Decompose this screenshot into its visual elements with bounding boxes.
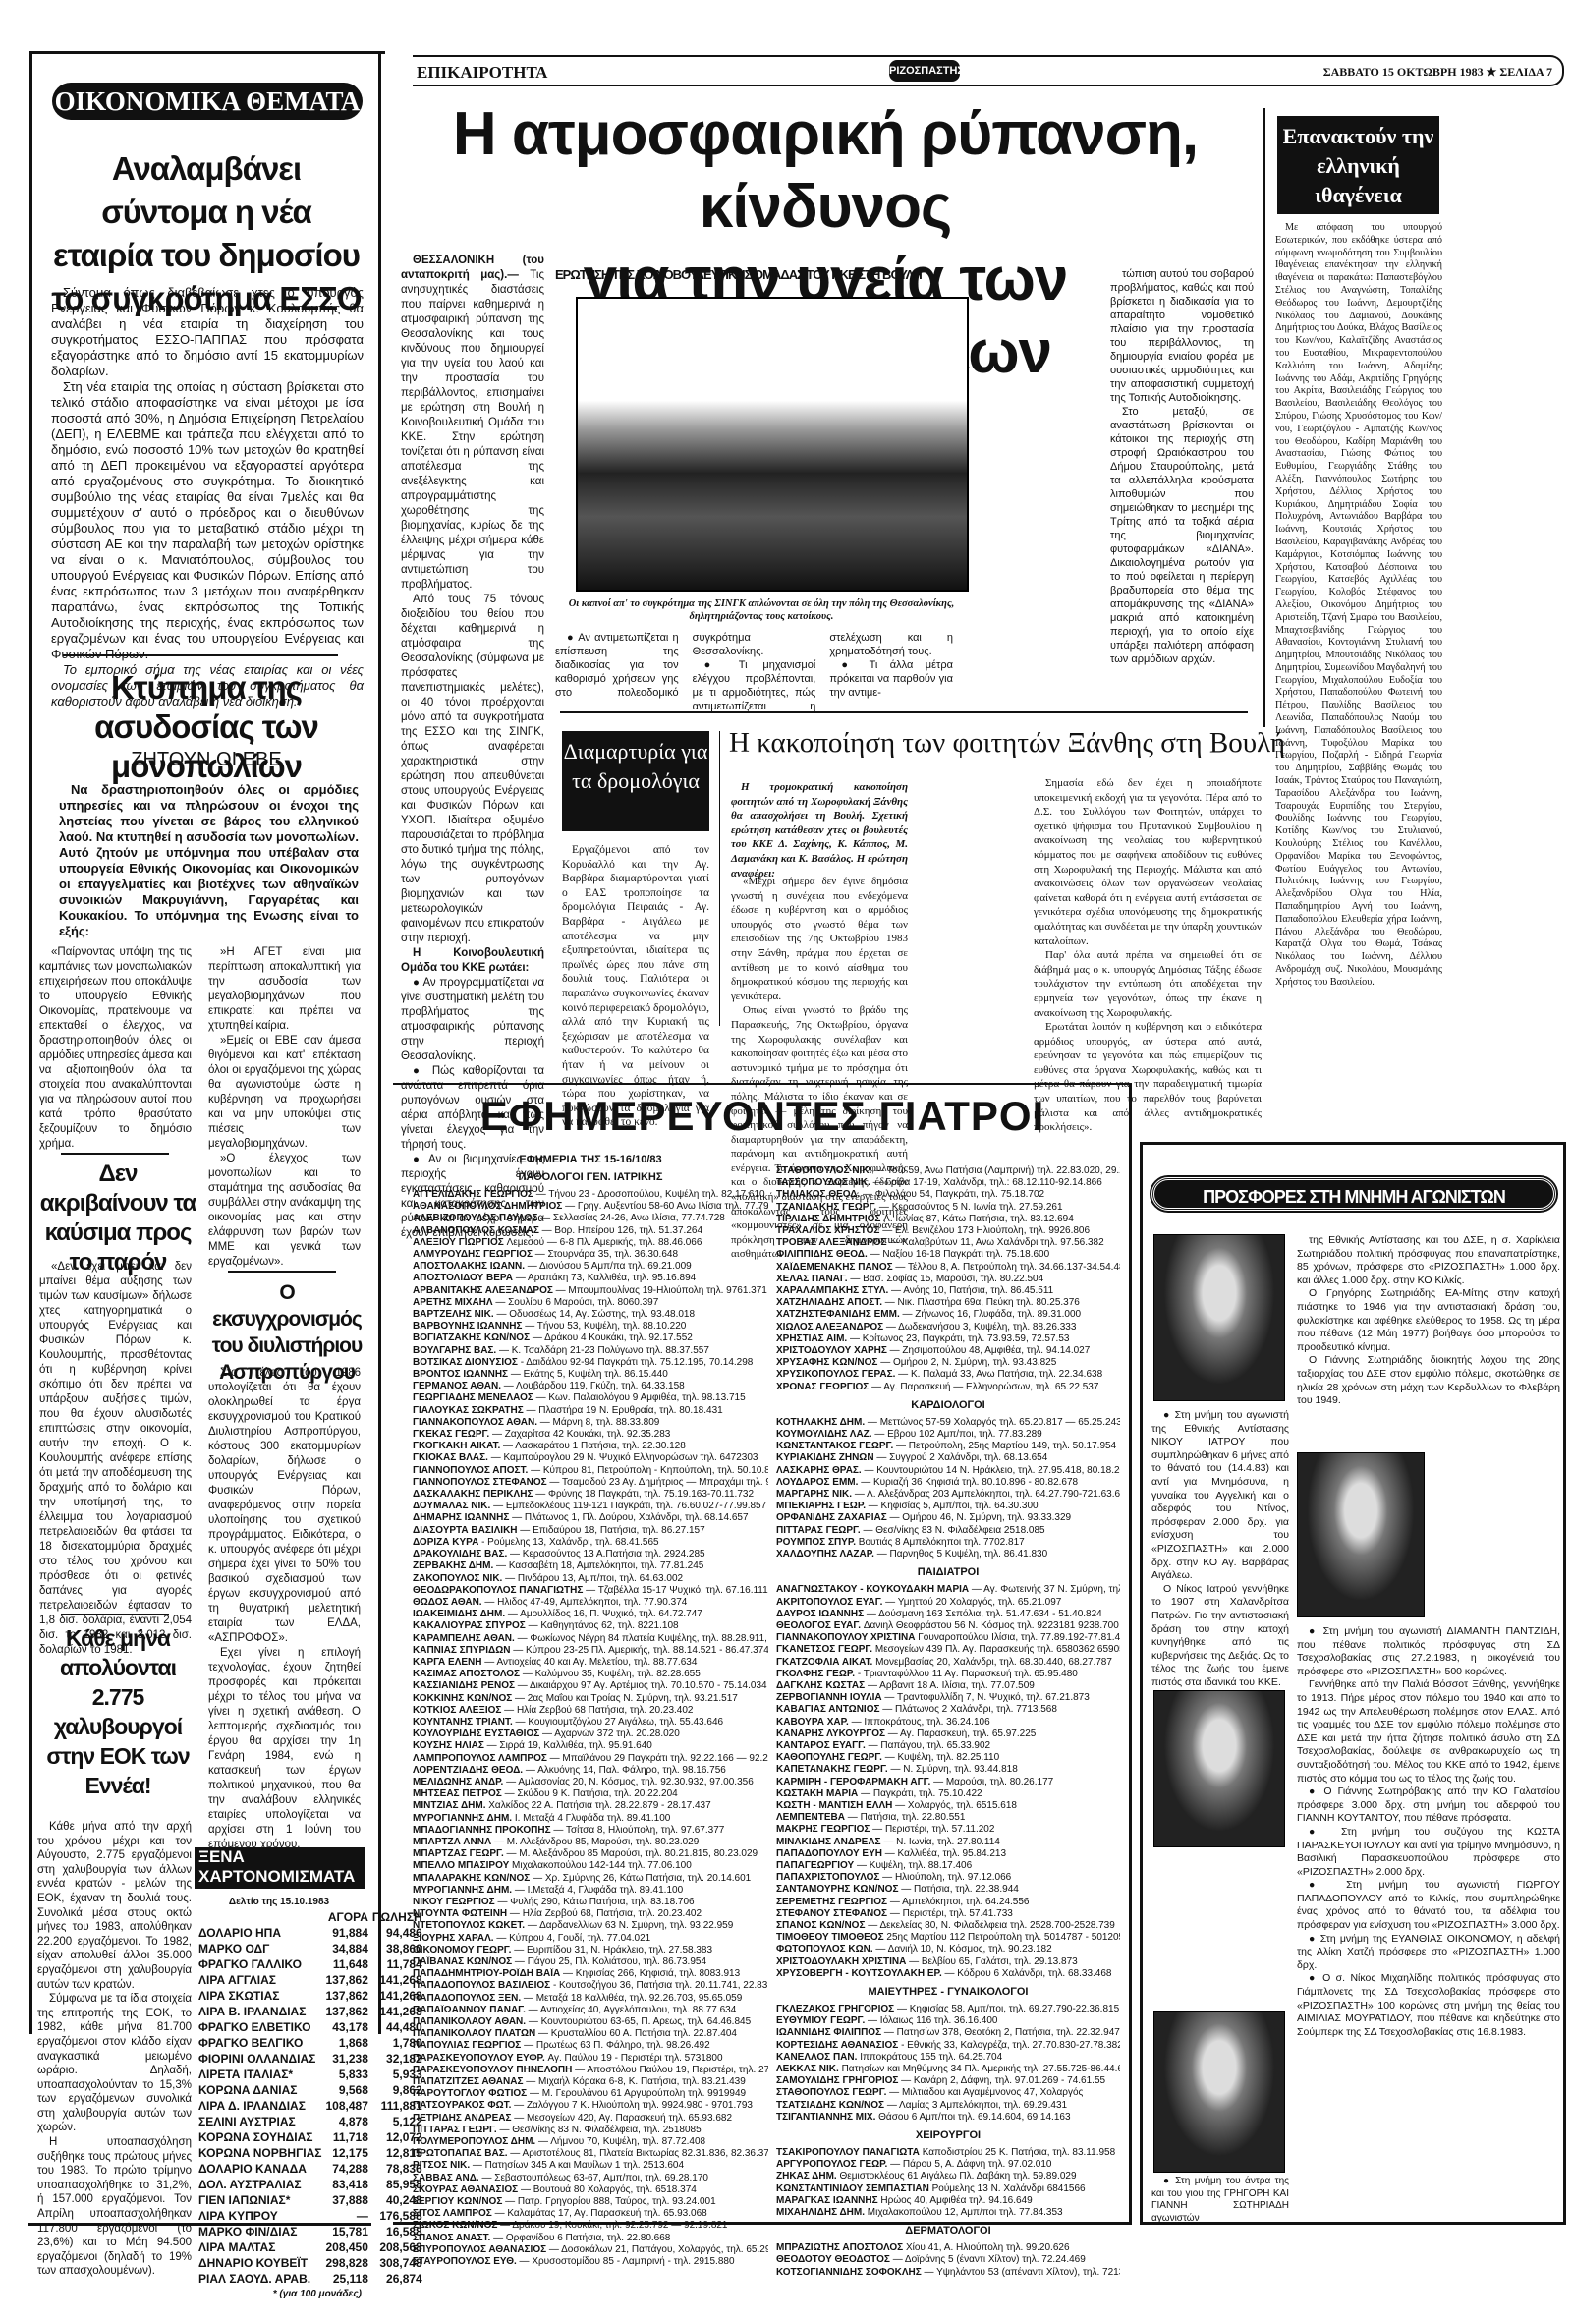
doctor-address: — Βασ. Σοφίας 15, Μαρούσι, τηλ. 80.22.50… xyxy=(850,1274,1043,1284)
doctor-address: — Δοσοκάλων 21, Παπάγου, Χολαργός, τηλ. … xyxy=(549,2244,768,2255)
doctor-address: — Αντιοχείας 40 και Αγ. Μελετίου, τηλ. 8… xyxy=(484,1657,697,1668)
doctor-name: ΠΕΤΡΙΔΗΣ ΑΝΔΡΕΑΣ xyxy=(413,2113,511,2124)
doctor-address: — Κρυσταλλίου 60 Α. Πατήσια τηλ. 22.87.4… xyxy=(538,2028,737,2039)
doctor-address: — Τέλλου 8, Α. Πετρούπολη τηλ. 34.66.137… xyxy=(895,1262,1120,1273)
doctor-address: - Δαιδάλου 92-94 Παγκράτι τηλ. 75.12.195… xyxy=(521,1357,754,1368)
doctor-entry: ΒΟΤΣΙΚΑΣ ΔΙΟΝΥΣΙΟΣ - Δαιδάλου 92-94 Παγκ… xyxy=(413,1357,768,1369)
fx-row: ΦΡΑΓΚΟ ΒΕΛΓΙΚΟ1,8681,780 xyxy=(196,2035,424,2051)
doctor-name: ΒΟΓΙΑΤΖΑΚΗΣ ΚΩΝ/ΝΟΣ xyxy=(413,1332,530,1343)
doctor-address: — Παγκράτι, τηλ. 75.10.422 xyxy=(861,1788,982,1799)
doctor-name: ΚΑΝΤΑΡΟΣ ΕΥΑΓΓ. xyxy=(776,1740,866,1751)
doctor-name: ΒΑΡΒΟΥΝΗΣ ΙΩΑΝΝΗΣ xyxy=(413,1321,522,1332)
doctor-name: ΔΑΓΚΛΗΣ ΚΩΣΤΑΣ xyxy=(776,1680,865,1691)
doctor-entry: ΔΡΑΚΟΥΛΙΔΗΣ ΒΑΣ. — Κερασούντος 13 Α.Πατή… xyxy=(413,1549,768,1560)
doctor-entry: ΑΡΕΤΗΣ ΜΙΧΑΗΛ — Σουλίου 6 Μαρούσι, τηλ. … xyxy=(413,1297,768,1309)
doctor-address: — Μιχαήλ Κόρακα 6-8, Κ. Πατήσια, τηλ. 83… xyxy=(526,2076,746,2087)
fx-buy: 12,175 xyxy=(324,2145,370,2161)
divider xyxy=(63,654,338,656)
doctor-entry: ΓΙΑΝΝΟΠΟΥΛΟΣ ΑΠΟΣΤ. — Κύπρου 81, Πετρούπ… xyxy=(413,1465,768,1477)
doctor-address: — Αποστόλου Παύλου 19, Περιστέρι, τηλ. 2… xyxy=(575,2065,768,2075)
doctor-entry: ΠΑΡΟΥΤΟΓΛΟΥ ΦΩΤΙΟΣ — Μ. Γερουλάνου 61 Αρ… xyxy=(413,2088,768,2100)
memorial-caption-sotiriadis: ● Στη μνήμη του άντρα της και του γιου τ… xyxy=(1151,2176,1289,2225)
doctor-name: ΧΡΥΣΟΒΕΡΓΗ - ΚΟΥΤΣΟΥΛΑΚΗ ΕΡ. xyxy=(776,1968,942,1979)
monopolies-col2-p3: »Ο έλεγχος των μονοπωλίων και το σταμάτη… xyxy=(208,1152,361,1270)
doctor-entry: ΣΙΤΟΣ ΛΑΜΠΡΟΣ — Καλαμάτας 17, Αγ. Παρασκ… xyxy=(413,2208,768,2220)
doctor-entry: ΚΩΣΤΑΚΗ ΜΑΡΙΑ — Παγκράτι, τηλ. 75.10.422 xyxy=(776,1788,1120,1800)
doctor-name: ΜΠΑΡΤΖΑΣ ΓΕΩΡΓ. xyxy=(413,1848,504,1859)
doctor-name: ΔΑΥΡΟΣ ΙΩΑΝΝΗΣ xyxy=(776,1609,864,1619)
economy-banner: ΟΙΚΟΝΟΜΙΚΑ ΘΕΜΑΤΑ xyxy=(52,83,363,120)
doctor-entry: ΑΡΒΑΝΙΤΑΚΗΣ ΑΛΕΞΑΝΔΡΟΣ — Μπουμπουλίνας 1… xyxy=(413,1285,768,1297)
doctor-entry: ΓΙΑΛΟΥΚΑΣ ΣΩΚΡΑΤΗΣ — Πλαστήρα 19 Ν. Ερυθ… xyxy=(413,1405,768,1417)
doctor-name: ΑΝΑΓΝΩΣΤΑΚΟΥ - ΚΟΥΚΟΥΔΑΚΗ ΜΑΡΙΑ xyxy=(776,1584,969,1595)
doctor-name: ΑΡΓΥΡΟΠΟΥΛΟΣ ΓΕΩΡ. xyxy=(776,2159,887,2170)
doctor-address: — Πρωτέως 63 Π. Φάληρο, τηλ. 98.26.492 xyxy=(524,2040,710,2051)
pollution-lead: ΘΕΣΣΑΛΟΝΙΚΗ (του ανταποκριτή μας).— Τις … xyxy=(401,254,544,593)
doctor-address: — Δωδεκανήσου 3, Κυψέλη, τηλ. 88.26.333 xyxy=(886,1322,1076,1332)
doctor-entry: ΔΑΣΚΑΛΑΚΗΣ ΠΕΡΙΚΛΗΣ — Φρύνης 18 Παγκράτι… xyxy=(413,1489,768,1501)
xanthi-headline: Η κακοποίηση των φοιτητών Ξάνθης στη Βου… xyxy=(729,727,1260,760)
doctor-name: ΛΑΣΚΑΡΗΣ ΘΡΑΣ. xyxy=(776,1465,862,1476)
doctor-address: — Πατησίων 378, Θεοτόκη 2, Πατήσια, τηλ.… xyxy=(884,2027,1120,2038)
fx-row: ΔΗΝΑΡΙΟ ΚΟΥΒΕΪΤ298,828308,748 xyxy=(196,2255,424,2271)
doctor-entry: ΖΕΡΒΟΓΙΑΝΝΗ ΙΟΥΛΙΑ — Τραντοφυλλίδη 7, Ν.… xyxy=(776,1692,1120,1704)
doctor-address: — Μεττώνος 57-59 Χολαργός τηλ. 65.20.817… xyxy=(868,1417,1120,1428)
doctor-address: Μιχαλακοπούλου 12, Αμπ/ποι τηλ. 77.84.35… xyxy=(868,2207,1063,2218)
doctor-address: Λ. Ιωνίας 87, Κάτω Πατήσια, τηλ. 83.12.6… xyxy=(883,1214,1074,1224)
doctor-entry: ΠΙΤΤΑΡΑΣ ΓΕΩΡΓ. — Θεσ/νίκης 83 Ν. Φιλαδέ… xyxy=(776,1525,1120,1537)
doctor-name: ΤΡΑΧΑΛΙΟΣ ΧΡΗΣΤΟΣ xyxy=(776,1225,879,1236)
doctor-name: ΧΡΙΣΤΟΔΟΥΛΟΥ ΧΑΡΗΣ xyxy=(776,1345,887,1356)
doctor-address: - Ρούμελης 13, Χαλάνδρι, τηλ. 68.41.565 xyxy=(481,1537,659,1548)
doctor-entry: ΔΙΑΣΟΥΡΤΑ ΒΑΣΙΛΙΚΗ — Επιδαύρου 18, Πατήσ… xyxy=(413,1525,768,1537)
doctor-address: — Αριστοτέλους 81, Πλατεία Βικτωρίας 82.… xyxy=(510,2148,768,2159)
pollution-under-photo: ● Αν αντιμετωπίζεται η επίσπευση της δια… xyxy=(555,631,953,713)
doctor-entry: ΔΟΡΙΖΑ ΚΥΡΑ - Ρούμελης 13, Χαλάνδρι, τηλ… xyxy=(413,1537,768,1549)
fx-currency: ΣΕΛΙΝΙ ΑΥΣΤΡΙΑΣ xyxy=(196,2114,324,2129)
fx-buy: 137,862 xyxy=(324,1972,370,1988)
specialty-heading: ΔΕΡΜΑΤΟΛΟΓΟΙ xyxy=(776,2225,1120,2237)
esso-p2: Στη νέα εταιρία της οποίας η σύσταση βρί… xyxy=(51,379,364,662)
doctor-address: Ηρώος 40, Αμφιθέα τηλ. 94.16.649 xyxy=(880,2195,1032,2206)
memorial-banner: ΠΡΟΣΦΟΡΕΣ ΣΤΗ ΜΝΗΜΗ ΑΓΩΝΙΣΤΩΝ xyxy=(1151,1177,1556,1211)
doctor-address: — Υψηλάντου 53 (απέναντι Χίλτον), τηλ. 7… xyxy=(925,2267,1120,2278)
doctor-name: ΜΠΑΡΤΖΑ ΑΝΝΑ xyxy=(413,1837,491,1847)
doctor-entry: ΓΚΟΓΚΑΚΗ ΑΙΚΑΤ. — Λασκαράτου 1 Πατήσια, … xyxy=(413,1441,768,1452)
doctor-name: ΔΟΡΙΖΑ ΚΥΡΑ xyxy=(413,1537,478,1548)
doctor-address: — Αμουλλίδος 16, Π. Ψυχικό, τηλ. 64.72.7… xyxy=(508,1609,702,1619)
doctor-address: — Κασσαβέτη 18, Αμπελόκηποι, τηλ. 77.81.… xyxy=(496,1560,703,1571)
doctor-name: ΠΑΠΑΔΟΠΟΥΛΟΥ ΕΥΗ xyxy=(776,1848,882,1859)
doctor-name: ΚΟΥΜΟΥΛΙΔΗΣ ΛΑΖ. xyxy=(776,1429,872,1440)
doctor-entry: ΒΑΡΤΖΕΛΗΣ ΝΙΚ. — Οδυσσέως 14, Αγ. Σώστης… xyxy=(413,1309,768,1321)
fx-buy: 25,118 xyxy=(324,2271,370,2287)
doctor-name: ΑΛΕΒΙΖΟΠΟΥΛΟΣ ΠΑΥΛΟΣ xyxy=(413,1213,537,1223)
doctor-address: — Κ. Παλαμά 33, Ανω Πατήσια, τηλ. 22.34.… xyxy=(898,1369,1102,1380)
monopolies-col2-p2: »Εμείς οι ΕΒΕ σαν άμεσα θιγόμενοι και κα… xyxy=(208,1034,361,1152)
doctor-address: — Αμπελόκηποι, τηλ. 64.24.556 xyxy=(890,1897,1030,1907)
doctor-entry: ΤΗΛΙΑΚΟΣ ΘΕΟΔ. — Φιλολάου 54, Παγκράτι, … xyxy=(776,1189,1120,1201)
doctor-address: Μεσογείων 439 Πλ. Αγ. Παρασκευής τηλ. 65… xyxy=(875,1644,1120,1655)
fx-currency: ΔΟΛΑΡΙΟ ΗΠΑ xyxy=(196,1925,324,1941)
doctor-entry: ΣΕΡΓΙΟΥ ΚΩΝ/ΝΟΣ — Πατρ. Γρηγορίου 888, Τ… xyxy=(413,2196,768,2208)
fx-buy: 83,418 xyxy=(324,2177,370,2192)
doctor-address: — Κουντουριώτου 63-65, Π. Αρεως, τηλ. 64… xyxy=(529,2016,751,2027)
fx-buy: 137,862 xyxy=(324,2004,370,2019)
doctor-entry: ΙΩΑΝΝΙΔΗΣ ΦΙΛΙΠΠΟΣ — Πατησίων 378, Θεοτό… xyxy=(776,2027,1120,2039)
doctor-address: - Τριανταφύλλου 11 Αγ. Παρασκευή τηλ. 65… xyxy=(858,1669,1078,1679)
doctor-address: — Κερασούντος 13 Α.Πατήσια τηλ. 2924.285 xyxy=(510,1549,705,1559)
doctor-entry: ΠΡΩΤΟΠΑΠΑΣ ΒΑΣ. — Αριστοτέλους 81, Πλατε… xyxy=(413,2148,768,2160)
doctor-address: Πατησίων και Μηθύμνης 34 Πλ. Αμερικής τη… xyxy=(842,2064,1120,2074)
doctor-entry: ΡΙΤΣΟΣ ΝΙΚ. — Πατησίων 345 Α και Μαυίλων… xyxy=(413,2160,768,2172)
memorial-item5: ● Στη μνήμη του συζύγου της ΚΩΣΤΑ ΠΑΡΑΣΚ… xyxy=(1297,1826,1560,1879)
doctor-address: — Συγγρού 2 Χαλάνδρι, τηλ. 68.13.654 xyxy=(876,1452,1047,1463)
doctor-address: — Κυριαζή 36 Κηφισιά τηλ. 80.10.896 - 80… xyxy=(861,1477,1078,1488)
fx-row: ΚΟΡΩΝΑ ΣΟΥΗΔΙΑΣ11,71812,072 xyxy=(196,2129,424,2145)
doctor-name: ΜΙΧΑΗΛΙΔΗΣ ΔΗΜ. xyxy=(776,2207,865,2218)
doctor-entry: ΚΟΥΣΗΣ ΗΛΙΑΣ — Σιρρά 19, Καλλιθέα, τηλ. … xyxy=(413,1740,768,1752)
doctor-address: — Δράκου 19, Κουκάκι, τηλ. 92.25.792 — 9… xyxy=(500,2220,727,2231)
doctor-entry: ΚΟΥΛΟΥΡΙΔΗΣ ΕΥΣΤΑΘΙΟΣ — Αχαρνών 372 τηλ.… xyxy=(413,1729,768,1740)
doctor-name: ΠΑΡΑΣΚΕΥΟΠΟΥΛΟΥ ΠΗΝΕΛΟΠΗ xyxy=(413,2065,572,2075)
fx-table: Δελτίο της 15.10.1983 ΑΓΟΡΑ ΠΩΛΗΣΗ ΔΟΛΑΡ… xyxy=(196,1897,362,2299)
doctor-name: ΚΟΥΛΟΥΡΙΔΗΣ ΕΥΣΤΑΘΙΟΣ xyxy=(413,1729,539,1739)
fx-buy: 5,833 xyxy=(324,2067,370,2082)
doctor-address: - Κουτσοζήγου 36, Πατήσια τηλ. 20.11.741… xyxy=(553,1980,768,1991)
doctor-address: — Ναξίου 16-18 Παγκράτι τηλ. 75.18.600 xyxy=(870,1249,1050,1260)
doctor-name: ΠΙΤΤΑΡΑΣ ΓΕΩΡΓ. xyxy=(413,2125,497,2135)
doctor-address: Ιπποκράτους 155 τηλ. 64.25.704 xyxy=(860,2052,1002,2063)
memorial-item7: ● Στη μνήμη της ΕΥΑΝΘΙΑΣ ΟΙΚΟΝΟΜΟΥ, η αδ… xyxy=(1297,1933,1560,1973)
doctor-entry: ΑΡΓΥΡΟΠΟΥΛΟΣ ΓΕΩΡ. — Πάρου 5, Α. Δάφνη τ… xyxy=(776,2159,1120,2171)
doctor-address: — Χολαργός, τηλ. 6515.618 xyxy=(895,1800,1017,1811)
doctor-entry: ΑΚΡΙΤΟΠΟΥΛΟΣ ΕΥΑΓ. — Υμηττού 20 Χολαργός… xyxy=(776,1597,1120,1609)
doctor-name: ΚΩΣΤΑΚΗ ΜΑΡΙΑ xyxy=(776,1788,858,1799)
doctor-entry: ΠΑΡΑΣΚΕΥΟΠΟΥΛΟΥ ΠΗΝΕΛΟΠΗ — Αποστόλου Παύ… xyxy=(413,2065,768,2076)
fx-currency: ΛΙΡΑ ΜΑΛΤΑΣ xyxy=(196,2239,324,2255)
doctor-address: — Καλαβρύτων 11, Ανω Χαλάνδρι τηλ. 97.56… xyxy=(889,1237,1103,1248)
specialty-heading: ΧΕΙΡΟΥΡΓΟΙ xyxy=(776,2129,1120,2141)
doctor-address: — Εμπεδοκλέους 119-121 Παγκράτι, τηλ. 76… xyxy=(493,1501,766,1511)
doctor-address: Ι. Μεταξά 4 Γλυφάδα τηλ. 89.41.100 xyxy=(515,1813,671,1824)
doctor-entry: ΚΩΣΤΗ - ΜΑΝΤΙΣΗ ΕΛΛΗ — Χολαργός, τηλ. 65… xyxy=(776,1800,1120,1812)
doctor-name: ΣΠΑΝΟΣ ΚΩΝ/ΝΟΣ xyxy=(776,1920,865,1931)
doctor-entry: ΠΑΠΑΪΩΑΝΝΟΥ ΠΑΝΑΓ. — Αντιοχείας 40, Αγγε… xyxy=(413,2005,768,2016)
doctor-entry: ΠΑΠΑΔΟΠΟΥΛΟΣ ΞΕΝ. — Μεταξά 18 Καλλιθέα, … xyxy=(413,1993,768,2005)
doctor-entry: ΠΑΠΑΧΡΙΣΤΟΠΟΥΛΟΣ — Ηλιούπολη, τηλ. 97.12… xyxy=(776,1872,1120,1884)
doctor-address: — Μπουμπουλίνας 19-Ηλιούπολη τηλ. 9761.3… xyxy=(556,1285,767,1296)
memorial-col2: της Εθνικής Αντίστασης και του ΔΣΕ, η σ.… xyxy=(1297,1234,1560,1408)
doctor-name: ΤΙΜΟΘΕΟΥ ΤΙΜΟΘΕΟΣ xyxy=(776,1932,884,1943)
doctor-address: — Ομήρου 2, Ν. Σμύρνη, τηλ. 93.43.825 xyxy=(880,1357,1056,1368)
xanthi-c2-p2: Παρ' όλα αυτά πρέπει να σημειωθεί ότι σε… xyxy=(1034,948,1262,1020)
doctor-name: ΑΡΒΑΝΙΤΑΚΗΣ ΑΛΕΞΑΝΔΡΟΣ xyxy=(413,1285,553,1296)
doctor-entry: ΝΤΟΥΝΤΑ ΦΩΤΕΙΝΗ — Ηλία Ζερβού 68, Πατήσι… xyxy=(413,1908,768,1920)
doctor-address: — Λουβάρδου 119, Γκύζη, τηλ. 64.33.158 xyxy=(504,1381,685,1391)
doctor-entry: ΣΑΒΒΑΣ ΑΝΔ. — Σεβαστουπόλεως 63-67, Αμπ/… xyxy=(413,2173,768,2184)
doctor-name: ΑΠΟΣΤΟΛΑΚΗΣ ΙΩΑΝΝ. xyxy=(413,1261,525,1272)
doctor-entry: ΚΑΣΣΙΑΝΙΔΗΣ ΡΕΝΟΣ — Δικαιάρχου 97 Αγ. Αρ… xyxy=(413,1680,768,1692)
doctor-entry: ΛΟΡΕΝΤΖΙΑΔΗΣ ΘΕΟΔ. — Αλκυόνης 14, Παλ. Φ… xyxy=(413,1765,768,1777)
doctor-name: ΧΙΩΛΟΣ ΑΛΕΞΑΝΔΡΟΣ xyxy=(776,1322,883,1332)
doctor-address: — Σκύδου 9 Κ. Πατήσια, τηλ. 20.22.204 xyxy=(505,1788,678,1799)
doctor-address: — Δαρδανελλίων 63 Ν. Σμύρνη, τηλ. 93.22.… xyxy=(528,1920,733,1931)
doctor-address: — Ανόης 10, Πατήσια, τηλ. 86.45.511 xyxy=(891,1285,1053,1296)
doctor-entry: ΜΠΑΡΤΖΑΣ ΓΕΩΡΓ. — Μ. Αλεξάνδρου 85 Μαρού… xyxy=(413,1848,768,1860)
doctor-name: ΚΑΠΝΙΑΣ ΣΠΥΡΙΔΩΝ xyxy=(413,1645,510,1656)
doctor-name: ΖΕΡΒΑΚΗΣ ΔΗΜ. xyxy=(413,1560,493,1571)
doctor-name: ΜΙΝΑΚΙΔΗΣ ΑΝΔΡΕΑΣ xyxy=(776,1837,881,1847)
doctor-entry: ΓΕΡΜΑΝΟΣ ΑΘΑΝ. — Λουβάρδου 119, Γκύζη, τ… xyxy=(413,1381,768,1392)
doctor-address: — Ζαχαρίτσα 42 Κουκάκι, τηλ. 92.35.283 xyxy=(492,1429,670,1440)
doctor-entry: ΚΟΥΝΤΑΝΗΣ ΤΡΙΑΝΤ. — Κουγιουμτζόγλου 27 Α… xyxy=(413,1717,768,1729)
fx-row: ΦΡΑΓΚΟ ΕΛΒΕΤΙΚΟ43,17844,480 xyxy=(196,2019,424,2035)
doctor-entry: ΜΠΑΡΤΖΑ ΑΝΝΑ — Μ. Αλεξάνδρου 85, Μαρούσι… xyxy=(413,1837,768,1848)
specialty-heading: ΚΑΡΔΙΟΛΟΓΟΙ xyxy=(776,1399,1120,1411)
fx-banner: ΞΕΝΑ ΧΑΡΤΟΝΟΜΙΣΜΑΤΑ xyxy=(195,1847,365,1889)
doctor-address: — Φωκίωνος Νέγρη 84 πλατεία Κυψέλης, τηλ… xyxy=(518,1633,768,1644)
doctor-entry: ΤΣΙΓΑΝΤΙΑΝΝΗΣ ΜΙΧ. Θάσου 6 Αμπ/ποι τηλ. … xyxy=(776,2112,1120,2124)
doctor-name: ΣΠΥΡΟΠΟΥΛΟΣ ΑΘΑΝΑΣΙΟΣ xyxy=(413,2244,546,2255)
pollution-p3: Η Κοινοβουλευτική Ομάδα του ΚΚΕ ρωτάει: xyxy=(401,946,544,976)
doctor-entry: ΧΙΩΛΟΣ ΑΛΕΞΑΝΔΡΟΣ — Δωδεκανήσου 3, Κυψέλ… xyxy=(776,1322,1120,1333)
doctor-entry: ΜΥΡΟΓΙΑΝΝΗΣ ΔΗΜ. Ι. Μεταξά 4 Γλυφάδα τηλ… xyxy=(413,1813,768,1825)
doctor-entry: ΝΤΕΤΟΠΟΥΛΟΣ ΚΩΚΕΤ. — Δαρδανελλίων 63 Ν. … xyxy=(413,1920,768,1932)
doctor-entry: ΚΑΝΕΛΛΟΣ ΠΑΝ. Ιπποκράτους 155 τηλ. 64.25… xyxy=(776,2052,1120,2064)
doctor-entry: ΠΑΡΑΣΚΕΥΟΠΟΥΛΟΥ ΕΥΦΡ. Αγ. Παύλου 19 - Πε… xyxy=(413,2053,768,2065)
fx-currency: ΛΙΡΑ Β. ΙΡΛΑΝΔΙΑΣ xyxy=(196,2004,324,2019)
fx-row: ΣΕΛΙΝΙ ΑΥΣΤΡΙΑΣ4,8785,122 xyxy=(196,2114,424,2129)
duty-date: ΕΦΗΜΕΡΙΑ ΤΗΣ 15-16/10/83 xyxy=(413,1154,768,1165)
doctor-address: — Κυψέλη, τηλ. 82.25.110 xyxy=(885,1752,999,1763)
doctor-entry: ΖΕΡΒΑΚΗΣ ΔΗΜ. — Κασσαβέτη 18, Αμπελόκηπο… xyxy=(413,1560,768,1572)
doctor-address: — Καθηγητάνος 62, τηλ. 8221.108 xyxy=(529,1620,679,1631)
doctor-address: — Σελλασίας 24-26, Ανω Ιλίσια, 77.74.728 xyxy=(540,1213,725,1223)
doctor-address: — Αλκυόνης 14, Παλ. Φάληρο, τηλ. 98.16.7… xyxy=(526,1765,726,1776)
fx-row: ΔΟΛ. ΑΥΣΤΡΑΛΙΑΣ83,41885,958 xyxy=(196,2177,424,2192)
doctor-entry: ΣΠΥΡΟΠΟΥΛΟΣ ΑΘΑΝΑΣΙΟΣ — Δοσοκάλων 21, Πα… xyxy=(413,2244,768,2256)
doctor-entry: ΑΓΓΕΛΙΔΑΚΗΣ ΓΕΩΡΓΙΟΣ — Τήνου 23 - Δροσοπ… xyxy=(413,1189,768,1201)
doctor-address: — Ν. Ιωνία, τηλ. 27.80.114 xyxy=(883,1837,1000,1847)
doctor-name: ΓΙΑΝΝΟΠΟΥΛΟΣ ΑΠΟΣΤ. xyxy=(413,1465,528,1476)
doctor-name: ΠΑΠΑΧΡΙΣΤΟΠΟΥΛΟΣ xyxy=(776,1872,879,1883)
economy-top-border xyxy=(29,51,385,54)
doctor-address: — Σουλίου 6 Μαρούσι, τηλ. 8060.397 xyxy=(495,1297,658,1308)
doctor-address: — Αγ. Παρασκευή — Ελληνορώσων, τηλ. 65.2… xyxy=(871,1382,1098,1392)
doctor-entry: ΣΤΕΦΑΝΟΥ ΣΤΕΦΑΝΟΣ — Περιστέρι, τηλ. 57.4… xyxy=(776,1908,1120,1920)
doctor-name: ΚΟΡΤΕΣΙΔΗΣ ΑΘΑΝΑΣΙΟΣ xyxy=(776,2040,898,2051)
doctor-name: ΜΠΡΑΖΙΩΤΗΣ ΑΠΟΣΤΟΛΟΣ xyxy=(776,2242,903,2253)
doctor-entry: ΠΑΠΑΔΟΠΟΥΛΟΣ ΒΑΣΙΛΕΙΟΣ - Κουτσοζήγου 36,… xyxy=(413,1980,768,1992)
fx-currency: ΡΙΑΛ ΣΑΟΥΔ. ΑΡΑΒ. xyxy=(196,2271,324,2287)
doctor-entry: ΔΗΜΑΡΗΣ ΙΩΑΝΝΗΣ — Πλάτωνος 1, Πλ. Δούρου… xyxy=(413,1512,768,1524)
doctor-address: — Δοϊράνης 5 (έναντι Χίλτον) τηλ. 72.24.… xyxy=(893,2254,1086,2265)
doctor-entry: ΚΑΡΜΙΡΗ - ΓΕΡΟΦΑΡΜΑΚΗ ΑΓΓ. — Μαρούσι, τη… xyxy=(776,1777,1120,1788)
doctor-address: — Βελβίου 65, Γαλάτσι, τηλ. 29.13.873 xyxy=(909,1956,1078,1967)
doctor-name: ΚΩΝΣΤΑΝΤΙΝΙΔΟΥ ΣΕΜΠΑΣΤΙΑΝ xyxy=(776,2183,929,2194)
specialty-heading: ΠΑΘΟΛΟΓΟΙ ΓΕΝ. ΙΑΤΡΙΚΗΣ xyxy=(413,1171,768,1183)
doctor-address: — Ορφανίδου 6 Πατήσια, τηλ. 22.80.668 xyxy=(493,2233,670,2243)
fx-buy: 15,781 xyxy=(324,2224,370,2239)
doctor-entry: ΓΚΕΚΑΣ ΓΕΩΡΓ. — Ζαχαρίτσα 42 Κουκάκι, τη… xyxy=(413,1429,768,1441)
doctor-name: ΑΚΡΙΤΟΠΟΥΛΟΣ ΕΥΑΓ. xyxy=(776,1597,882,1608)
doctor-address: — Γρηγ. Αυξεντίου 58-60 Ανω Ιλίσια τηλ. … xyxy=(565,1201,768,1212)
doctor-entry: ΘΕΟΛΟΓΟΣ ΕΥΑΓ. Δανιηλ Θεοφράστου 56 Ν. Κ… xyxy=(776,1620,1120,1632)
doctor-name: ΓΕΩΡΓΙΑΔΗΣ ΜΕΝΕΛΑΟΣ xyxy=(413,1392,533,1403)
doctor-name: ΜΗΤΣΕΑΣ ΠΕΤΡΟΣ xyxy=(413,1788,502,1799)
fx-rates-table: ΑΓΟΡΑ ΠΩΛΗΣΗ ΔΟΛΑΡΙΟ ΗΠΑ91,88494,486ΜΑΡΚ… xyxy=(196,1909,424,2287)
doctor-entry: ΠΑΪΒΑΝΑΣ ΚΩΝ/ΝΟΣ — Πάγου 25, Πλ. Κολιάτσ… xyxy=(413,1956,768,1968)
doctor-name: ΣΤΕΦΑΝΟΥ ΣΤΕΦΑΝΟΣ xyxy=(776,1908,887,1919)
doctor-address: — Μ. Γερουλάνου 61 Αργυρούπολη τηλ. 9919… xyxy=(530,2088,746,2099)
doctor-entry: ΡΟΥΜΠΟΣ ΣΠΥΡ. Βουτιάς 8 Αμπελόκηποι τηλ.… xyxy=(776,1537,1120,1549)
doctor-name: ΞΙΟΥΡΗΣ ΧΑΡΑΛ. xyxy=(413,1933,494,1944)
monopolies-col2: »Η ΑΓΕΤ είναι μια περίπτωση αποκαλυπτική… xyxy=(208,945,361,1270)
doctor-address: — Αγ. Παρασκευή, τηλ. 65.97.225 xyxy=(888,1729,1037,1739)
doctor-entry: ΑΛΒΑΝΟΠΟΥΛΟΣ ΚΟΣΜΑΣ — Βορ. Ηπείρου 126, … xyxy=(413,1225,768,1237)
doctor-entry: ΤΡΟΒΑΣ ΑΛΕΞΑΝΔΡΟΣ — Καλαβρύτων 11, Ανω Χ… xyxy=(776,1237,1120,1249)
doctor-entry: ΜΙΧΑΗΛΙΔΗΣ ΔΗΜ. Μιχαλακοπούλου 12, Αμπ/π… xyxy=(776,2207,1120,2219)
fx-buy: 31,238 xyxy=(324,2051,370,2067)
doctor-address: — Μεσογείων 420, Αγ. Παρασκευή τηλ. 65.9… xyxy=(514,2113,732,2124)
doctor-address: — Κανάρη 2, Δάφνη, τηλ. 97.01.269 - 74.6… xyxy=(901,2075,1105,2086)
doctor-address: — Περιστέρι, τηλ. 57.41.733 xyxy=(890,1908,1013,1919)
doctor-entry: ΣΚΟΥΡΑΣ ΑΘΑΝΑΣΙΟΣ — Βουτουά 80 Χολαργός,… xyxy=(413,2184,768,2196)
doctor-entry: ΔΑΓΚΛΗΣ ΚΩΣΤΑΣ — Αρβανιτ 18 Α. Ιλίσια, τ… xyxy=(776,1680,1120,1692)
doctor-address: — Φρύνης 18 Παγκράτι, τηλ. 75.19.163-70.… xyxy=(535,1489,754,1500)
doctor-name: ΜΥΡΟΓΙΑΝΝΗΣ ΔΗΜ. xyxy=(413,1813,512,1824)
doctor-name: ΑΛΕΞΙΟΥ ΓΙΩΡΓΙΟΣ xyxy=(413,1237,504,1248)
doctor-entry: ΧΑΤΖΗΣΤΕΦΑΝΙΔΗΣ ΕΜΜ. — Ζήνωνος 16, Γλυφά… xyxy=(776,1309,1120,1321)
doctor-address: — Θεσ/νίκης 83 Ν. Φιλαδέλφεια 2518.085 xyxy=(863,1525,1044,1536)
doctor-address: Γουναροπούλου Ιλίσια, τηλ. 77.89.192-77.… xyxy=(918,1632,1120,1643)
refinery-p1: Στο τέλος του 1986 υπολογίζεται ότι θα έ… xyxy=(208,1366,361,1646)
steel-p3: Η υποαπασχόληση συξήθηκε τους πρώτους μή… xyxy=(37,2135,192,2279)
doctor-entry: ΜΗΤΣΕΑΣ ΠΕΤΡΟΣ — Σκύδου 9 Κ. Πατήσια, τη… xyxy=(413,1788,768,1800)
doctor-address: — Αχαρνών 372 τηλ. 20.28.020 xyxy=(542,1729,680,1739)
doctor-address: — Φιλολάου 54, Παγκράτι, τηλ. 75.18.702 xyxy=(863,1189,1044,1200)
fx-row: ΛΙΡΕΤΑ ΙΤΑΛΙΑΣ*5,8335,933 xyxy=(196,2067,424,2082)
doctor-name: ΤΙΡΛΙΔΗΣ ΔΗΜΗΤΡΙΟΣ xyxy=(776,1214,880,1224)
fx-row: ΔΟΛΑΡΙΟ ΚΑΝΑΔΑ74,28878,836 xyxy=(196,2161,424,2177)
doctor-entry: ΙΩΑΚΕΙΜΙΔΗΣ ΔΗΜ. — Αμουλλίδος 16, Π. Ψυχ… xyxy=(413,1609,768,1620)
fx-currency: ΦΙΟΡΙΝΙ ΟΛΛΑΝΔΙΑΣ xyxy=(196,2051,324,2067)
doctor-entry: ΚΩΝΣΤΑΝΤΑΚΟΣ ΓΕΩΡΓ. — Πετρούπολη, 25ης Μ… xyxy=(776,1441,1120,1452)
fx-buy: 1,868 xyxy=(324,2035,370,2051)
doctor-entry: ΦΙΛΙΠΠΙΔΗΣ ΘΕΟΔ. — Ναξίου 16-18 Παγκράτι… xyxy=(776,1249,1120,1261)
fx-row: ΔΟΛΑΡΙΟ ΗΠΑ91,88494,486 xyxy=(196,1925,424,1941)
doctor-entry: ΛΟΥΔΑΡΟΣ ΕΜΜ. — Κυριαζή 36 Κηφισιά τηλ. … xyxy=(776,1477,1120,1489)
doctor-name: ΚΑΡΑΜΠΕΛΗΣ ΑΘΑΝ. xyxy=(413,1633,515,1644)
doctor-entry: ΧΕΛΑΣ ΠΑΝΑΓ. — Βασ. Σοφίας 15, Μαρούσι, … xyxy=(776,1274,1120,1285)
doctor-entry: ΠΑΠΑΝΙΚΟΛΑΟΥ ΑΘΑΝ. — Κουντουριώτου 63-65… xyxy=(413,2016,768,2028)
fx-row: ΦΙΟΡΙΝΙ ΟΛΛΑΝΔΙΑΣ31,23832,182 xyxy=(196,2051,424,2067)
doctor-address: — Πετρούπολη, 25ης Μαρτίου 149, τηλ. 50.… xyxy=(896,1441,1116,1451)
doctor-entry: ΜΙΝΤΖΙΑΣ ΔΗΜ. Χαλκίδος 22 Α. Πατήσια τηλ… xyxy=(413,1800,768,1812)
doctor-address: — Κ. Τσαλδάρη 21-23 Πολύγωνο τηλ. 88.37.… xyxy=(499,1345,709,1356)
doctor-address: — Μπαϊλάνου 29 Παγκράτι τηλ. 92.22.166 —… xyxy=(550,1753,768,1764)
doctor-address: — Ομήρου 46, Ν. Σμύρνη, τηλ. 93.33.329 xyxy=(889,1512,1071,1523)
fx-footnote: * (για 100 μονάδες) xyxy=(196,2289,362,2299)
doctor-name: ΘΩΔΟΣ ΑΘΑΝ. xyxy=(413,1597,482,1608)
memorial-item8: ● Ο σ. Νίκος Μιχαηλίδης πολιτικός πρόσφυ… xyxy=(1297,1972,1560,2039)
doctor-name: ΜΑΡΑΓΚΑΣ ΙΩΑΝΝΗΣ xyxy=(776,2195,878,2206)
fx-currency: ΚΟΡΩΝΑ ΔΑΝΙΑΣ xyxy=(196,2082,324,2098)
doctor-name: ΚΩΝΣΤΑΝΤΑΚΟΣ ΓΕΩΡΓ. xyxy=(776,1441,893,1451)
doctor-address: Χαλκίδος 22 Α. Πατήσια τηλ. 28.22.879 - … xyxy=(488,1800,710,1811)
doctor-name: ΤΣΙΓΑΝΤΙΑΝΝΗΣ ΜΙΧ. xyxy=(776,2112,875,2123)
pollution-q1: ● Αν προγραμματίζεται να γίνει συστηματι… xyxy=(401,976,544,1064)
doctor-entry: ΣΑΜΟΥΛΙΔΗΣ ΓΡΗΓΟΡΙΟΣ — Κανάρη 2, Δάφνη, … xyxy=(776,2075,1120,2087)
doctor-entry: ΕΥΘΥΜΙΟΥ ΓΕΩΡΓ. — Ιόλαιως 116 τηλ. 36.16… xyxy=(776,2015,1120,2027)
doctor-name: ΔΟΥΜΑΛΑΣ ΝΙΚ. xyxy=(413,1501,490,1511)
doctor-name: ΠΑΠΑΤΖΙΤΖΕΣ ΑΘΑΝΑΣ xyxy=(413,2076,523,2087)
doctor-address: — Καλαμάτας 17, Αγ. Παρασκευή τηλ. 65.93… xyxy=(495,2208,707,2219)
doctor-entry: ΒΟΓΙΑΤΖΑΚΗΣ ΚΩΝ/ΝΟΣ — Δράκου 4 Κουκάκι, … xyxy=(413,1332,768,1344)
doctor-name: ΔΡΑΚΟΥΛΙΔΗΣ ΒΑΣ. xyxy=(413,1549,507,1559)
doctor-name: ΧΡΙΣΤΟΔΟΥΛΑΚΗ ΧΡΙΣΤΙΝΑ xyxy=(776,1956,906,1967)
doctor-entry: ΜΑΚΡΗΣ ΓΕΩΡΓΙΟΣ — Περιστέρι, τηλ. 57.11.… xyxy=(776,1824,1120,1836)
doctor-name: ΘΕΟΛΟΓΟΣ ΕΥΑΓ. xyxy=(776,1620,861,1631)
doctor-address: — Μιλτιάδου και Αγαμέμνονος 47, Χολαργός xyxy=(889,2087,1083,2098)
doctor-entry: ΠΑΠΑΤΖΙΤΖΕΣ ΑΘΑΝΑΣ — Μιχαήλ Κόρακα 6-8, … xyxy=(413,2076,768,2088)
doctor-name: ΤΣΑΚΙΡΟΠΟΥΛΟΥ ΠΑΝΑΓΙΩΤΑ xyxy=(776,2147,920,2158)
pollution-c4-p1: τώπιση αυτού του σοβαρού προβλήματος, κα… xyxy=(1110,267,1254,405)
doctor-name: ΚΟΤΗΛΑΚΗΣ ΔΗΜ. xyxy=(776,1417,865,1428)
doctor-address: — Δικαιάρχου 97 Αγ. Αρτέμιος τηλ. 70.10.… xyxy=(518,1680,767,1691)
doctor-name: ΧΑΛΔΟΥΠΗΣ ΛΑΖΑΡ. xyxy=(776,1549,874,1559)
doctor-entry: ΒΡΟΝΤΟΣ ΙΩΑΝΝΗΣ — Εκάτης 5, Κυψέλη τηλ. … xyxy=(413,1369,768,1381)
doctor-address: — Δεκελείας 80, Ν. Φιλαδέλφεια τηλ. 2528… xyxy=(868,1920,1115,1931)
fx-title: ΞΕΝΑ ΧΑΡΤΟΝΟΜΙΣΜΑΤΑ xyxy=(198,1847,365,1887)
doctor-entry: ΤΣΑΚΙΡΟΠΟΥΛΟΥ ΠΑΝΑΓΙΩΤΑ Καποδιστρίου 25 … xyxy=(776,2147,1120,2159)
doctor-entry: ΧΑΤΖΗΛΙΑΔΗΣ ΑΠΟΣΤ. — Νικ. Πλαστήρα 69α, … xyxy=(776,1297,1120,1309)
xanthi-lead: Η τρομοκρατική κακοποίηση φοιτητών από τ… xyxy=(731,780,908,880)
doctor-name: ΣΙΩΚΟΣ ΚΩΝ/ΝΟΣ xyxy=(413,2220,497,2231)
doctor-entry: ΜΠΕΚΙΑΡΗΣ ΓΕΩΡ. — Κηφισίας 5, Αμπ/ποι, τ… xyxy=(776,1501,1120,1512)
doctor-entry: ΛΑΣΚΑΡΗΣ ΘΡΑΣ. — Κουντουριώτου 14 Ν. Ηρά… xyxy=(776,1465,1120,1477)
memorial-item4: ● Ο Γιάννης Σωτηρόβακης από την ΚΟ Γαλατ… xyxy=(1297,1786,1560,1826)
doctor-entry: ΓΙΑΝΝΟΠΟΥΛΟΣ ΣΤΕΦΑΝΟΣ — Τσαμαδού 23 Αγ. … xyxy=(413,1477,768,1489)
doctor-entry: ΓΚΛΕΖΑΚΟΣ ΓΡΗΓΟΡΙΟΣ — Κηφισίας 58, Αμπ/π… xyxy=(776,2004,1120,2015)
doctor-address: — Πάγου 25, Πλ. Κολιάτσου, τηλ. 86.73.95… xyxy=(515,1956,706,1967)
fx-buy: 74,288 xyxy=(324,2161,370,2177)
doctor-entry: ΚΟΤΣΟΓΙΑΝΝΙΔΗΣ ΣΟΦΟΚΛΗΣ — Υψηλάντου 53 (… xyxy=(776,2267,1120,2279)
doctor-name: ΙΩΑΝΝΙΔΗΣ ΦΙΛΙΠΠΟΣ xyxy=(776,2027,881,2038)
doctor-name: ΓΚΟΓΚΑΚΗ ΑΙΚΑΤ. xyxy=(413,1441,500,1451)
doctor-address: — Βουτουά 80 Χολαργός, τηλ. 6518.374 xyxy=(521,2184,697,2195)
doctor-address: Μιχαλακοπούλου 142-144 τηλ. 77.06.100 xyxy=(512,1860,692,1871)
doctor-name: ΜΠΕΛΛΟ ΜΠΑΣΙΡΟΥ xyxy=(413,1860,509,1871)
doctor-name: ΜΠΕΚΙΑΡΗΣ ΓΕΩΡ. xyxy=(776,1501,866,1511)
doctor-entry: ΧΡΥΣΑΦΗΣ ΚΩΝ/ΝΟΣ — Ομήρου 2, Ν. Σμύρνη, … xyxy=(776,1357,1120,1369)
fx-currency: ΛΙΡΑ ΚΥΠΡΟΥ xyxy=(196,2208,324,2224)
doctor-address: — Θεσ/νίκης 83 Ν. Φιλαδέλφεια, τηλ. 2518… xyxy=(499,2125,701,2135)
doctor-name: ΔΗΜΑΡΗΣ ΙΩΑΝΝΗΣ xyxy=(413,1512,509,1523)
fx-currency: ΦΡΑΓΚΟ ΒΕΛΓΙΚΟ xyxy=(196,2035,324,2051)
fx-currency: ΛΙΡΑ Δ. ΙΡΛΑΝΔΙΑΣ xyxy=(196,2098,324,2114)
doctor-address: — Ζήνωνος 16, Γλυφάδα, τηλ. 89.31.000 xyxy=(903,1309,1082,1320)
fx-currency: ΛΙΡΑ ΣΚΩΤΙΑΣ xyxy=(196,1988,324,2004)
doctor-address: — Καλύμνου 35, Κυψέλη, τηλ. 82.28.655 xyxy=(523,1669,701,1679)
doctor-name: ΤΑΣΣΟΠΟΥΛΟΣ ΝΙΚ. xyxy=(776,1177,870,1188)
doctor-name: ΣΤΑΘΟΠΟΥΛΟΣ ΓΕΩΡΓ. xyxy=(776,2087,886,2098)
doctor-entry: ΜΑΡΓΑΡΗΣ ΝΙΚ. — Λ. Αλεξάνδρας 203 Αμπελό… xyxy=(776,1489,1120,1501)
doctor-entry: ΣΑΝΤΑΜΟΥΡΗΣ ΚΩΝ/ΝΟΣ — Πατήσια, τηλ. 22.3… xyxy=(776,1884,1120,1896)
doctor-address: — Ι.Μεταξά 4, Γλυφάδα τηλ. 89.41.100 xyxy=(515,1885,683,1896)
doctor-name: ΠΑΪΒΑΝΑΣ ΚΩΝ/ΝΟΣ xyxy=(413,1956,512,1967)
